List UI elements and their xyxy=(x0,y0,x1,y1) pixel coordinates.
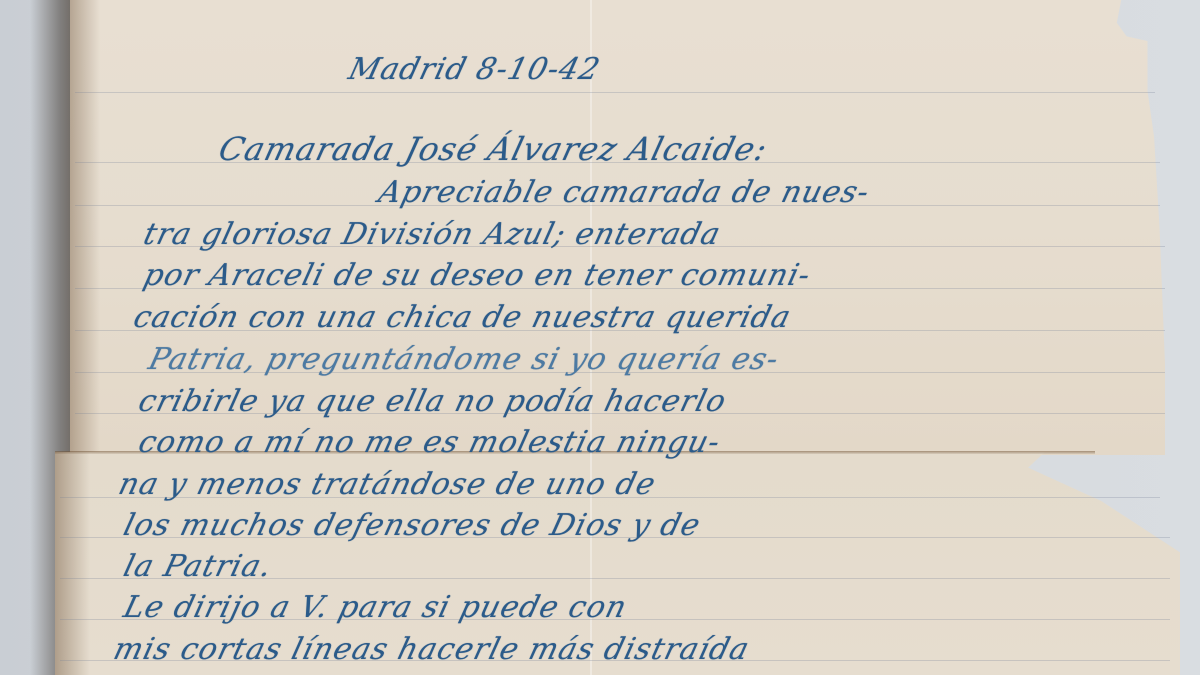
body-line: Patria, preguntándome si yo quería es- xyxy=(145,342,783,377)
body-line: como a mí no me es molestia ningu- xyxy=(135,425,724,460)
body-line: Apreciable camarada de nues- xyxy=(375,175,873,210)
body-line: tra gloriosa División Azul; enterada xyxy=(140,217,725,252)
body-line: na y menos tratándose de uno de xyxy=(115,467,660,502)
body-line: Le dirijo a V. para si puede con xyxy=(120,590,631,625)
paper-edge-stain xyxy=(70,0,100,455)
letter-salutation: Camarada José Álvarez Alcaide: xyxy=(215,130,772,168)
body-line: cación con una chica de nuestra querida xyxy=(130,300,795,335)
body-line: por Araceli de su deseo en tener comuni- xyxy=(140,258,815,293)
body-line: mis cortas líneas hacerle más distraída xyxy=(110,632,753,667)
ruled-line xyxy=(75,92,1155,93)
body-line: los muchos defensores de Dios y de xyxy=(120,508,704,543)
paper-edge-stain-bottom xyxy=(55,452,90,675)
vertical-crease xyxy=(590,0,592,675)
letter-date: Madrid 8-10-42 xyxy=(345,52,604,87)
body-line: la Patria. xyxy=(120,549,276,584)
body-line: cribirle ya que ella no podía hacerlo xyxy=(135,384,730,419)
